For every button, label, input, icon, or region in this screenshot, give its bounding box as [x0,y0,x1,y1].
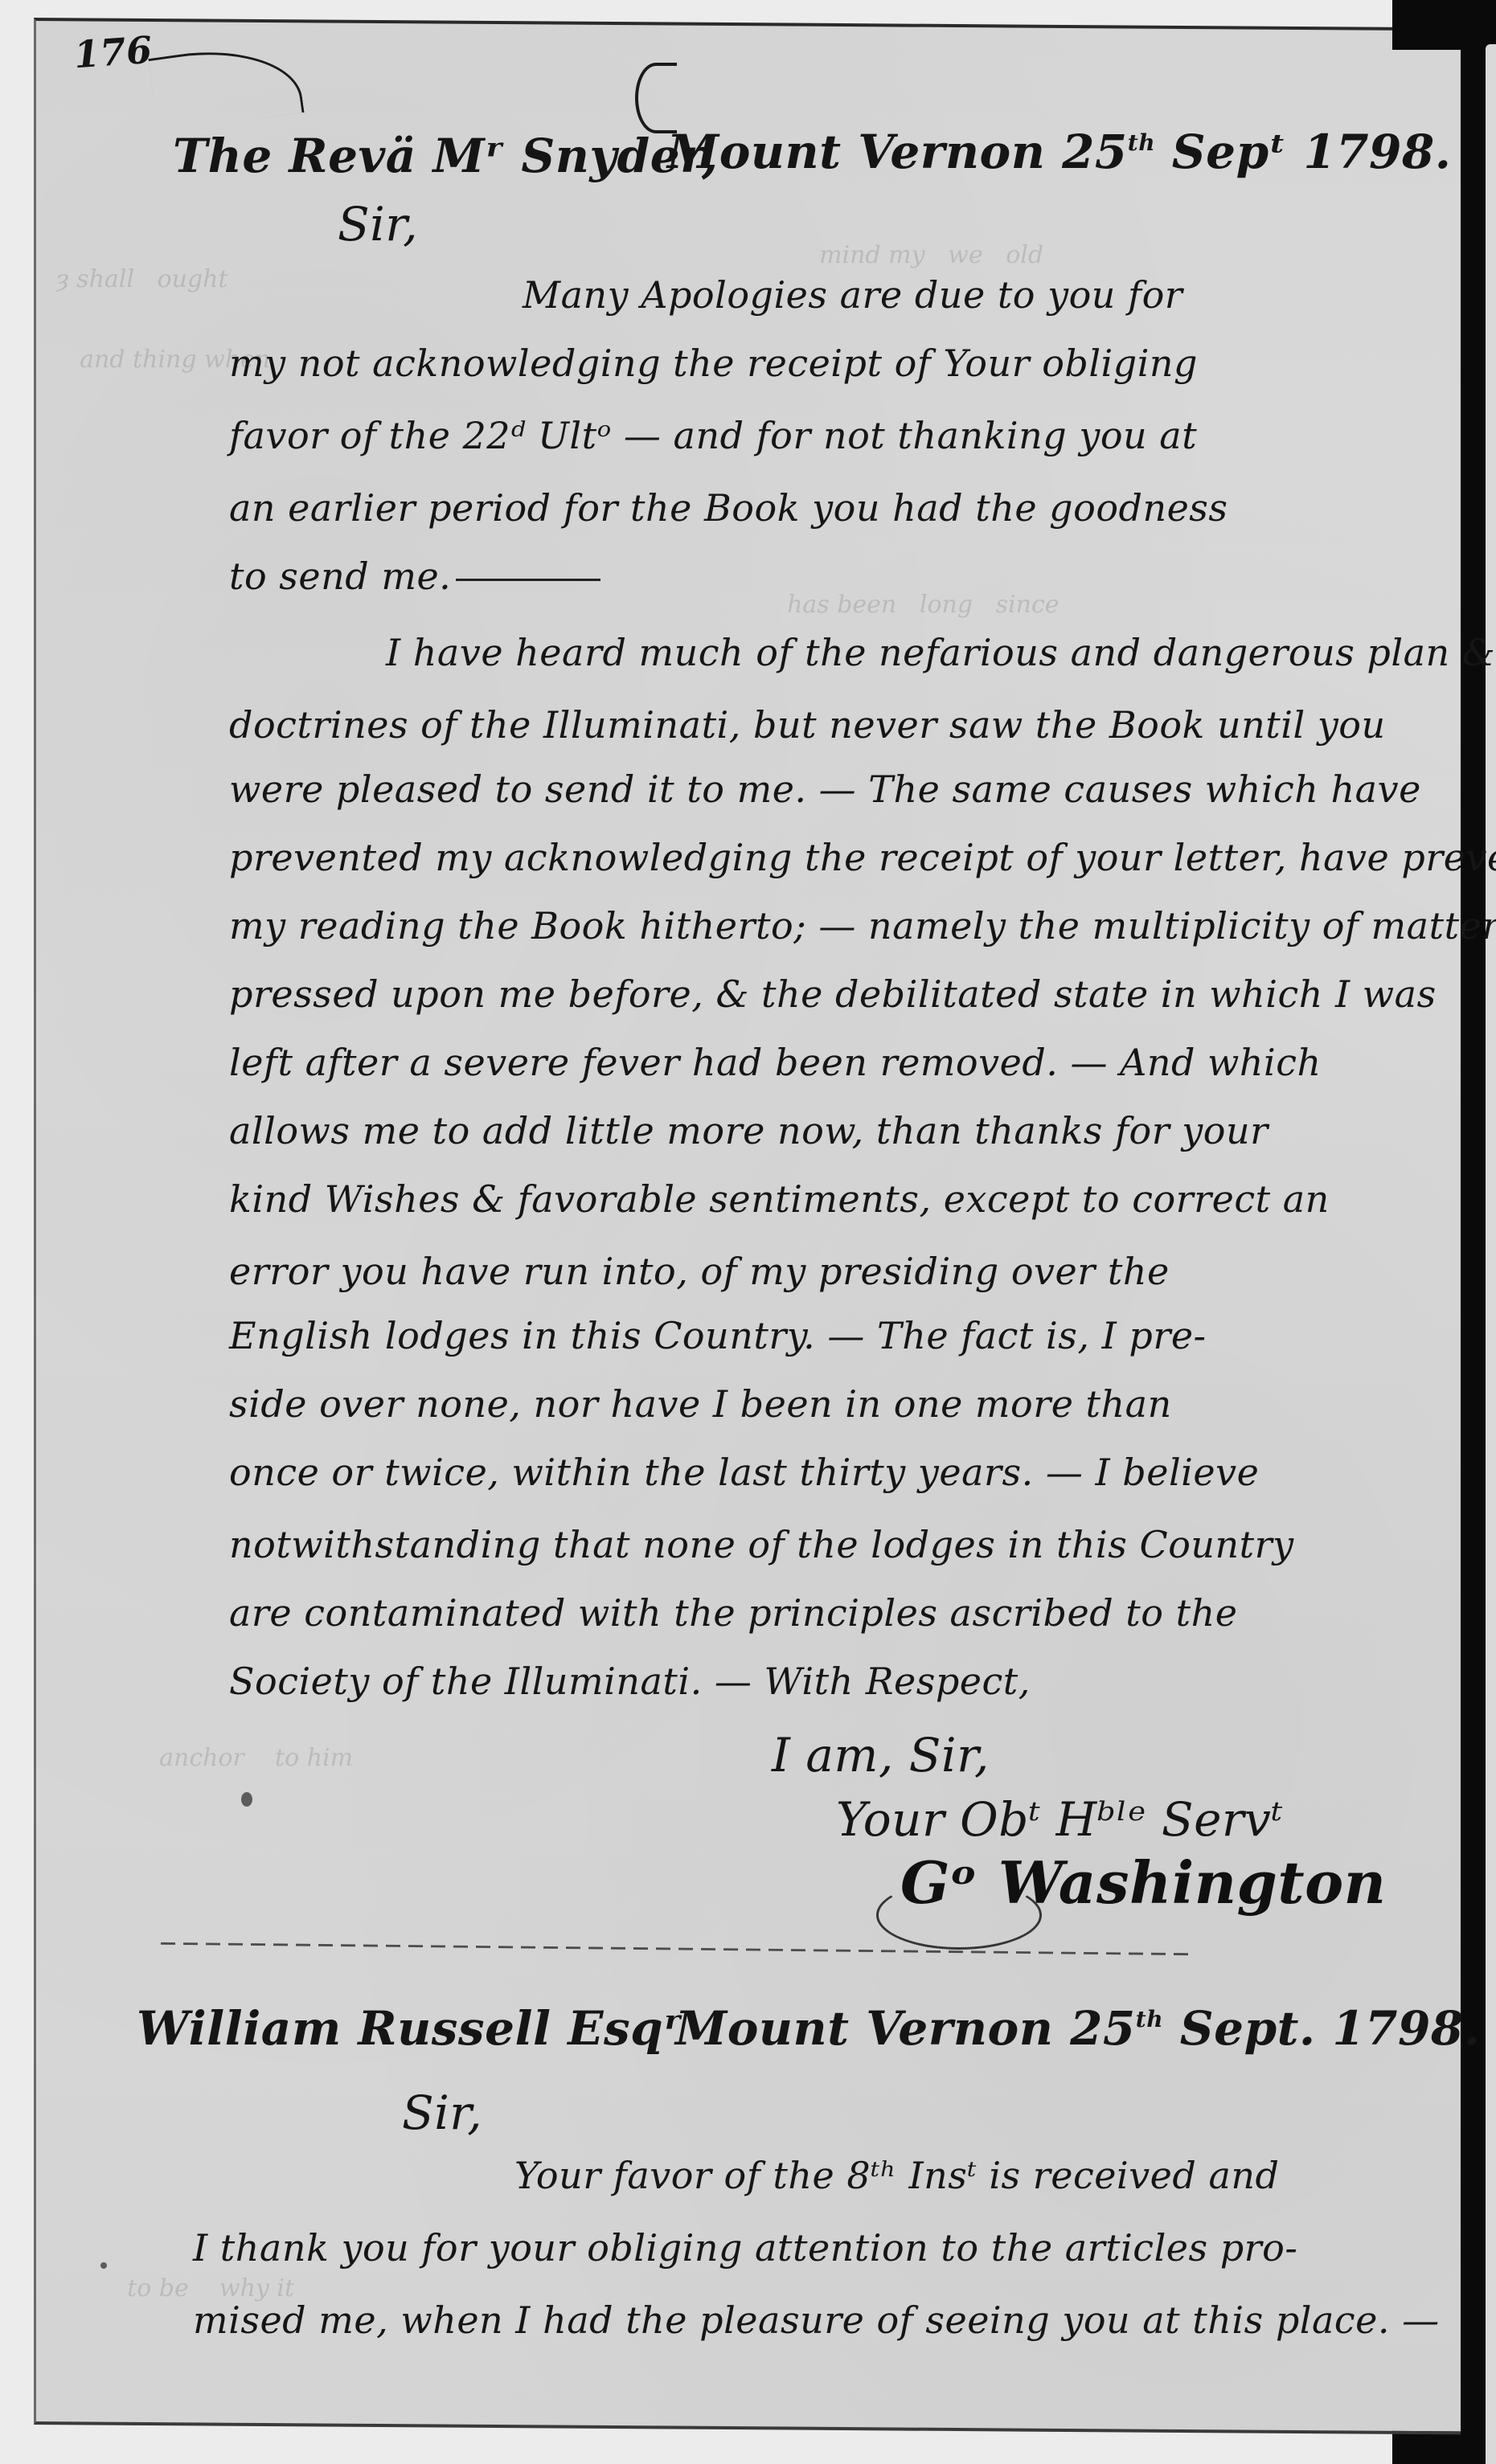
letter-1-line: my not acknowledging the receipt of Your… [229,342,1198,385]
letter-1-line: prevented my acknowledging the receipt o… [229,836,1496,879]
letter-1-line: notwithstanding that none of the lodges … [229,1523,1294,1566]
letter-1-line: error you have run into, of my presiding… [229,1250,1170,1293]
folio-number: 176 [72,28,154,77]
letter-1-line: once or twice, within the last thirty ye… [229,1451,1259,1494]
dateline-place: Mount Vernon [667,125,1045,179]
dateline-day-suffix: th [1136,2006,1163,2032]
letter-1-line: an earlier period for the Book you had t… [229,486,1228,530]
adjacent-page-edge [1486,44,1496,2464]
letter-1-closing: I am, Sir, [772,1728,990,1783]
letter-1-line: pressed upon me before, & the debilitate… [229,972,1437,1016]
dateline-place: Mount Vernon [675,2001,1053,2056]
letter-2-line: mised me, when I had the pleasure of see… [193,2298,1440,2342]
dateline-year: 1798. [1332,2001,1480,2056]
letter-1-line: left after a severe fever had been remov… [229,1041,1322,1084]
letter-1-line: doctrines of the Illuminati, but never s… [229,703,1386,747]
flourish-c-mark [635,63,677,133]
letter-1-line: are contaminated with the principles asc… [229,1591,1237,1635]
letter-1-line: kind Wishes & favorable sentiments, exce… [229,1177,1330,1221]
bleed-through-text: has been long since [772,591,1059,619]
dateline-day: 25 [1070,2001,1136,2056]
dateline-month: Sept. [1180,2001,1316,2056]
line-dash [456,579,600,581]
bleed-through-text: anchor to him [129,1744,353,1772]
letter-1-line: to send me. [229,555,600,598]
bleed-through-text: mind my we old [804,241,1043,269]
letter-1-line: Society of the Illuminati. — With Respec… [229,1660,1031,1703]
letter-1-line: side over none, nor have I been in one m… [229,1382,1172,1426]
letter-1-closing: Your Obᵗ Hᵇˡᵉ Servᵗ [836,1792,1283,1847]
letter-2-addressee: William Russell Esqʳ [137,2001,683,2056]
manuscript-scan: ȝ shall ought and thing when mind my we … [0,0,1496,2464]
letter-2-line: I thank you for your obliging attention … [193,2226,1297,2270]
letter-1-dateline: Mount Vernon 25th Sepᵗ 1798. [667,125,1451,179]
dateline-month: Sepᵗ [1172,125,1287,179]
signature-flourish [876,1881,1042,1950]
letter-1-salutation: Sir, [338,197,418,252]
letter-1-line: were pleased to send it to me. — The sam… [229,767,1421,811]
letter-1-line: Many Apologies are due to you for [523,273,1182,317]
ink-blot [100,2262,107,2269]
letter-1-line: English lodges in this Country. — The fa… [229,1314,1207,1357]
dateline-year: 1798. [1303,125,1451,179]
dateline-day-suffix: th [1128,129,1155,156]
letter-2-dateline: Mount Vernon 25th Sept. 1798. [675,2001,1480,2056]
dateline-day: 25 [1062,125,1128,179]
letter-1-line: favor of the 22ᵈ Ultᵒ — and for not than… [229,414,1197,457]
letter-1-line-text: to send me. [229,555,451,598]
letter-1-addressee: The Revä Mʳ Snyder, [173,129,719,183]
letter-2-salutation: Sir, [402,2085,482,2140]
letter-2-line: Your favor of the 8ᵗʰ Insᵗ is received a… [514,2154,1279,2197]
bleed-through-text: ȝ shall ought [56,265,228,293]
letter-1-line: I have heard much of the nefarious and d… [386,631,1495,674]
letter-1-line: allows me to add little more now, than t… [229,1109,1269,1152]
ink-blot [241,1792,252,1807]
page-corner-shadow [1392,18,1461,50]
letter-1-line: my reading the Book hitherto; — namely t… [229,904,1496,948]
